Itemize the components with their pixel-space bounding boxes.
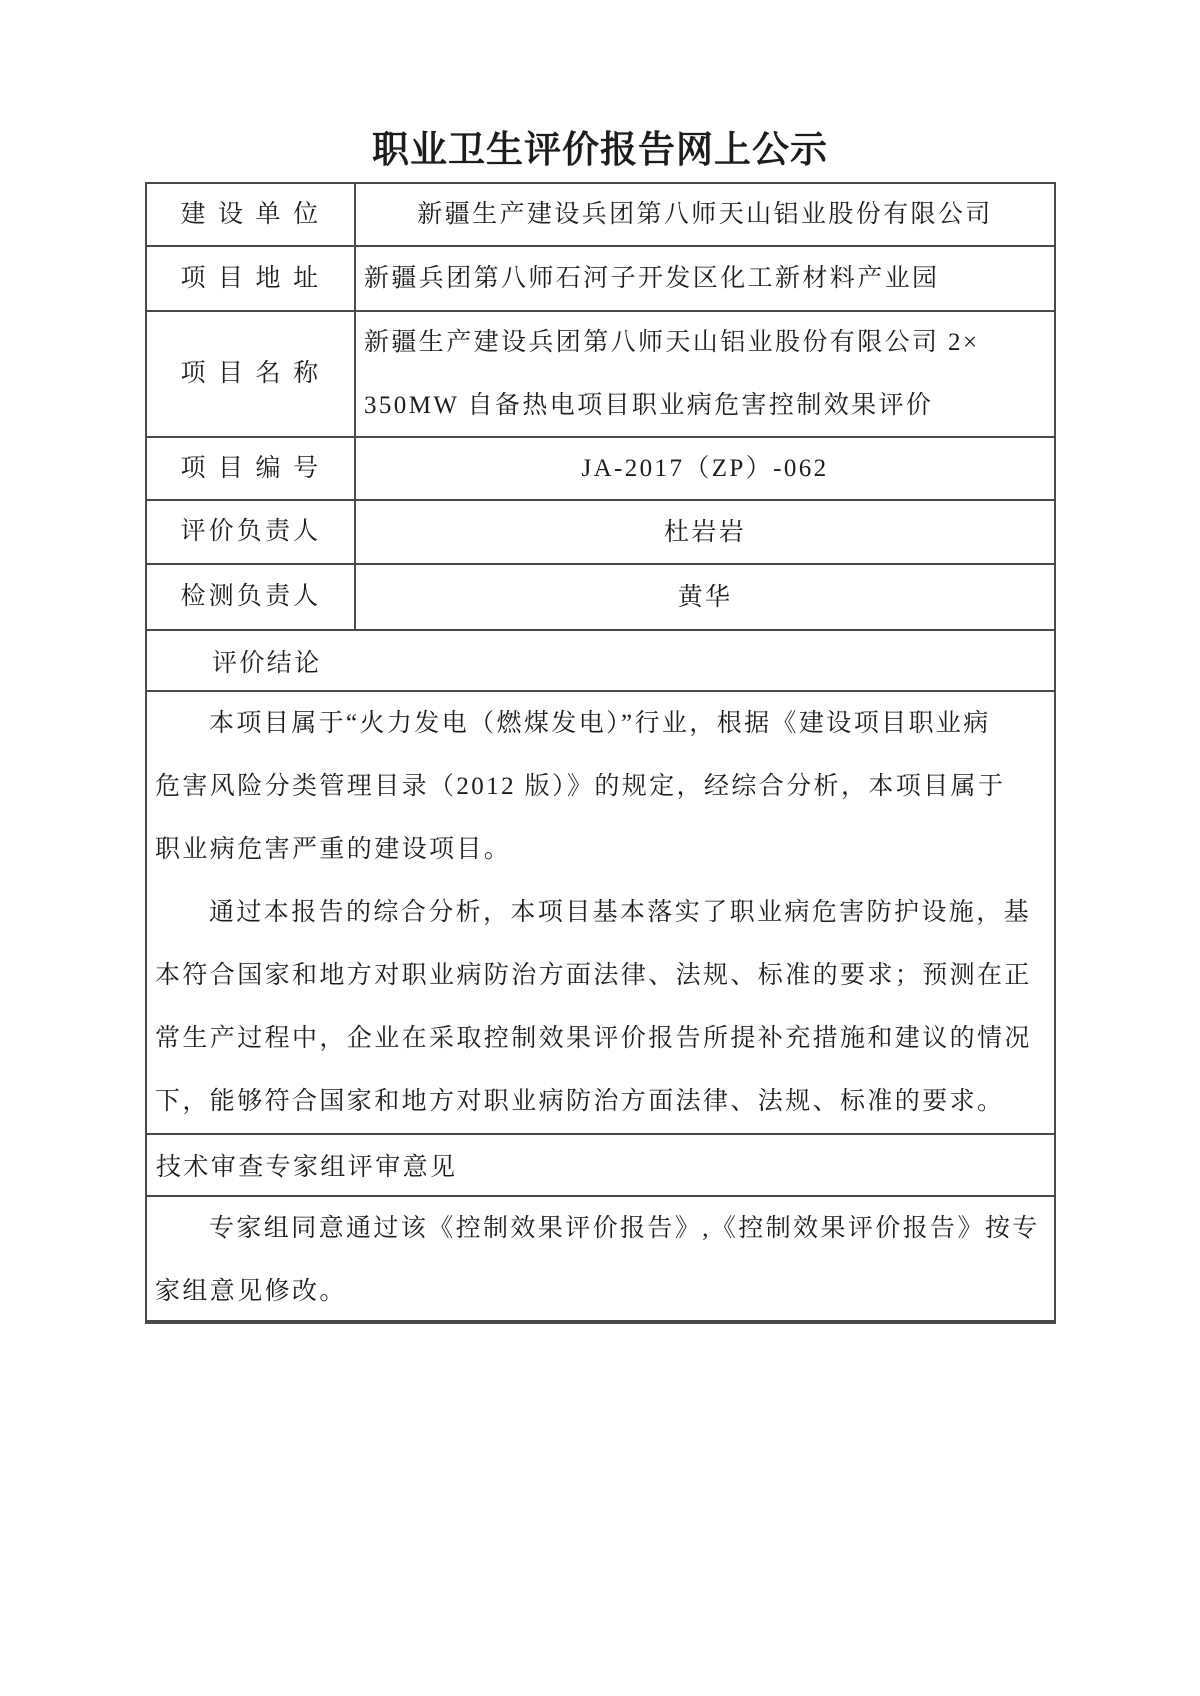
evaluation-leader-label: 评价负责人 xyxy=(181,517,321,547)
review-section-body: 专家组同意通过该《控制效果评价报告》,《控制效果评价报告》按专 家组意见修改。 xyxy=(147,1197,1054,1322)
review-section-label: 技术审查专家组评审意见 xyxy=(156,1147,457,1183)
document-page: 职业卫生评价报告网上公示 建设单位 新疆生产建设兵团第八师天山铝业股份有限公司 … xyxy=(0,0,1200,1696)
conclusion-paragraph-1: 本项目属于“火力发电（燃煤发电）”行业，根据《建设项目职业病 危害风险分类管理目… xyxy=(155,692,1046,881)
construction-unit-label: 建设单位 xyxy=(181,200,321,230)
project-address-label: 项目地址 xyxy=(181,264,321,294)
review-section-header: 技术审查专家组评审意见 xyxy=(147,1135,1054,1197)
table-row-testing-leader: 检测负责人 黄华 xyxy=(147,565,1054,631)
construction-unit-value: 新疆生产建设兵团第八师天山铝业股份有限公司 xyxy=(356,184,1054,245)
review-paragraph: 专家组同意通过该《控制效果评价报告》,《控制效果评价报告》按专 家组意见修改。 xyxy=(155,1197,1046,1323)
project-address-value: 新疆兵团第八师石河子开发区化工新材料产业园 xyxy=(356,247,1054,310)
table-row-construction-unit: 建设单位 新疆生产建设兵团第八师天山铝业股份有限公司 xyxy=(147,184,1054,247)
testing-leader-value: 黄华 xyxy=(356,565,1054,629)
project-address-label-cell: 项目地址 xyxy=(147,247,356,310)
table-row-project-name: 项目名称 新疆生产建设兵团第八师天山铝业股份有限公司 2× 350MW 自备热电… xyxy=(147,312,1054,438)
table-row-project-number: 项目编号 JA-2017（ZP）-062 xyxy=(147,438,1054,501)
project-name-label-cell: 项目名称 xyxy=(147,312,356,436)
project-name-value: 新疆生产建设兵团第八师天山铝业股份有限公司 2× 350MW 自备热电项目职业病… xyxy=(356,312,1054,436)
evaluation-leader-value: 杜岩岩 xyxy=(356,501,1054,563)
evaluation-leader-label-cell: 评价负责人 xyxy=(147,501,356,563)
project-name-label: 项目名称 xyxy=(181,359,321,389)
page-title: 职业卫生评价报告网上公示 xyxy=(0,124,1200,178)
table-row-project-address: 项目地址 新疆兵团第八师石河子开发区化工新材料产业园 xyxy=(147,247,1054,312)
conclusion-section-body: 本项目属于“火力发电（燃煤发电）”行业，根据《建设项目职业病 危害风险分类管理目… xyxy=(147,692,1054,1135)
project-number-value: JA-2017（ZP）-062 xyxy=(356,438,1054,499)
table-row-evaluation-leader: 评价负责人 杜岩岩 xyxy=(147,501,1054,565)
notice-table: 建设单位 新疆生产建设兵团第八师天山铝业股份有限公司 项目地址 新疆兵团第八师石… xyxy=(145,182,1056,1324)
conclusion-section-header: 评价结论 xyxy=(147,631,1054,692)
project-number-label-cell: 项目编号 xyxy=(147,438,356,499)
conclusion-paragraph-2: 通过本报告的综合分析，本项目基本落实了职业病危害防护设施，基 本符合国家和地方对… xyxy=(155,881,1046,1133)
construction-unit-label-cell: 建设单位 xyxy=(147,184,356,245)
conclusion-section-label: 评价结论 xyxy=(212,643,322,679)
project-number-label: 项目编号 xyxy=(181,454,321,484)
testing-leader-label-cell: 检测负责人 xyxy=(147,565,356,629)
testing-leader-label: 检测负责人 xyxy=(181,582,321,612)
